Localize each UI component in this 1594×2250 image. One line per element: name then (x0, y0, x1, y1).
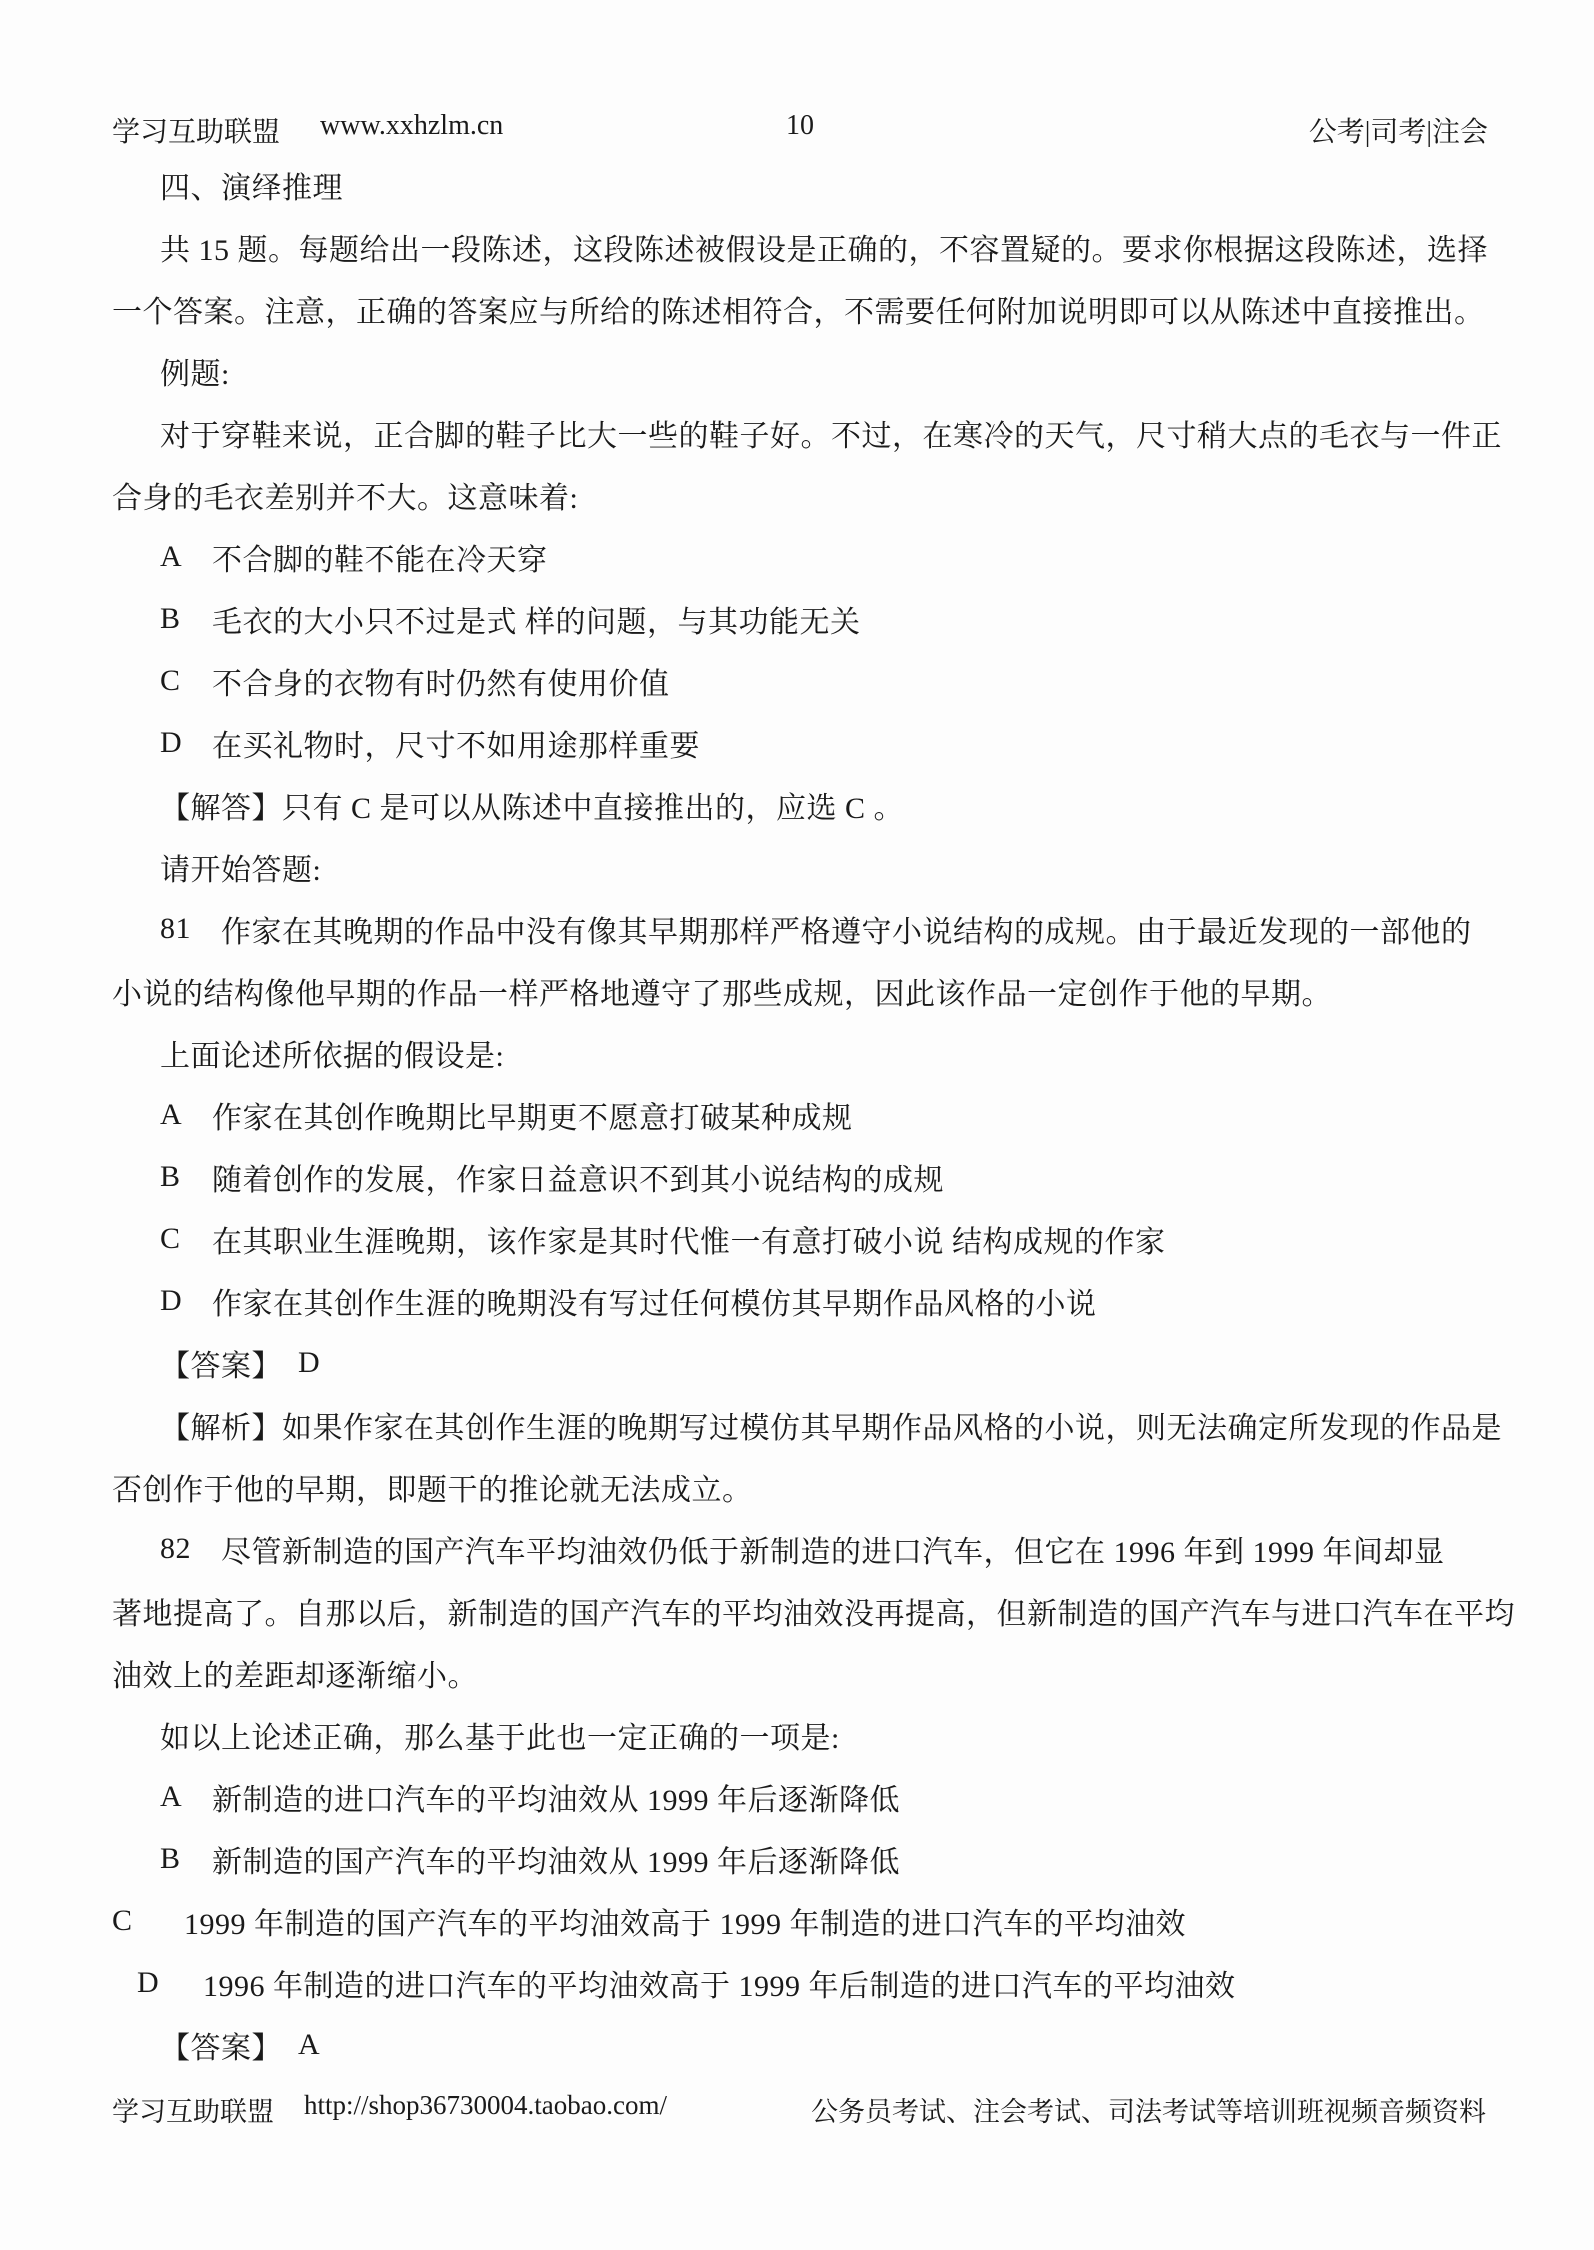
q82-answer: 【答案】 A (112, 2014, 1494, 2076)
option-text: 毛衣的大小只不过是式 样的问题，与其功能无关 (212, 597, 861, 641)
q81-option-a: A 作家在其创作晚期比早期更不愿意打破某种成规 (112, 1084, 1494, 1146)
page-header: 学习互助联盟 www.xxhzlm.cn 10 公考|司考|注会 (112, 110, 1488, 146)
option-text: 不合身的衣物有时仍然有使用价值 (212, 659, 670, 703)
option-letter: C (112, 1904, 138, 1938)
page-footer: 学习互助联盟 http://shop36730004.taobao.com/ 公… (112, 2090, 1486, 2129)
option-letter: D (137, 1966, 163, 2000)
q82-stem-1: 尽管新制造的国产汽车平均油效仍低于新制造的进口汽车，但它在 1996 年到 19… (221, 1527, 1445, 1571)
q81-analysis-2: 否创作于他的早期，即题干的推论就无法成立。 (112, 1456, 1494, 1518)
q82-stem-line-3: 油效上的差距却逐渐缩小。 (112, 1642, 1494, 1704)
document-page: 学习互助联盟 www.xxhzlm.cn 10 公考|司考|注会 四、演绎推理 … (0, 0, 1594, 2250)
q81-option-c: C 在其职业生涯晚期，该作家是其时代惟一有意打破小说 结构成规的作家 (112, 1208, 1494, 1270)
q82-stem-line-2: 著地提高了。自那以后，新制造的国产汽车的平均油效没再提高，但新制造的国产汽车与进… (112, 1580, 1494, 1642)
option-text: 新制造的进口汽车的平均油效从 1999 年后逐渐降低 (212, 1775, 900, 1819)
q82-prompt: 如以上论述正确，那么基于此也一定正确的一项是: (112, 1704, 1494, 1766)
option-text: 在买礼物时，尺寸不如用途那样重要 (212, 721, 700, 765)
header-category: 公考|司考|注会 (1309, 110, 1488, 150)
footer-brand: 学习互助联盟 (112, 2090, 274, 2129)
option-letter: D (160, 1284, 186, 1318)
option-letter: D (160, 726, 186, 760)
option-letter: B (160, 1160, 186, 1194)
q81-stem-1: 作家在其晚期的作品中没有像其早期那样严格遵守小说结构的成规。由于最近发现的一部他… (221, 907, 1472, 951)
q81-answer: 【答案】 D (112, 1332, 1494, 1394)
intro-line-1: 共 15 题。每题给出一段陈述，这段陈述被假设是正确的，不容置疑的。要求你根据这… (112, 216, 1494, 278)
begin-prompt: 请开始答题: (112, 836, 1494, 898)
example-option-a: A 不合脚的鞋不能在冷天穿 (112, 526, 1494, 588)
footer-url: http://shop36730004.taobao.com/ (304, 2090, 667, 2129)
section-title: 四、演绎推理 (112, 154, 1494, 216)
footer-left: 学习互助联盟 http://shop36730004.taobao.com/ (112, 2090, 667, 2129)
option-letter: C (160, 664, 186, 698)
q82-option-c: C 1999 年制造的国产汽车的平均油效高于 1999 年制造的进口汽车的平均油… (112, 1890, 1494, 1952)
q81-option-d: D 作家在其创作生涯的晚期没有写过任何模仿其早期作品风格的小说 (112, 1270, 1494, 1332)
option-text: 作家在其创作生涯的晚期没有写过任何模仿其早期作品风格的小说 (212, 1279, 1097, 1323)
answer-value: D (298, 1346, 320, 1380)
example-option-d: D 在买礼物时，尺寸不如用途那样重要 (112, 712, 1494, 774)
option-text: 在其职业生涯晚期，该作家是其时代惟一有意打破小说 结构成规的作家 (212, 1217, 1166, 1261)
option-text: 1999 年制造的国产汽车的平均油效高于 1999 年制造的进口汽车的平均油效 (184, 1899, 1186, 1943)
document-body: 四、演绎推理 共 15 题。每题给出一段陈述，这段陈述被假设是正确的，不容置疑的… (112, 154, 1494, 2076)
intro-line-2: 一个答案。注意，正确的答案应与所给的陈述相符合，不需要任何附加说明即可以从陈述中… (112, 278, 1494, 340)
example-option-b: B 毛衣的大小只不过是式 样的问题，与其功能无关 (112, 588, 1494, 650)
option-text: 随着创作的发展，作家日益意识不到其小说结构的成规 (212, 1155, 944, 1199)
q82-option-b: B 新制造的国产汽车的平均油效从 1999 年后逐渐降低 (112, 1828, 1494, 1890)
q81-prompt: 上面论述所依据的假设是: (112, 1022, 1494, 1084)
option-letter: A (160, 1780, 186, 1814)
page-number: 10 (112, 110, 1488, 142)
example-stem-2: 合身的毛衣差别并不大。这意味着: (112, 464, 1494, 526)
option-text: 作家在其创作晚期比早期更不愿意打破某种成规 (212, 1093, 853, 1137)
option-text: 新制造的国产汽车的平均油效从 1999 年后逐渐降低 (212, 1837, 900, 1881)
example-label: 例题: (112, 340, 1494, 402)
option-letter: B (160, 1842, 186, 1876)
q82-option-d: D 1996 年制造的进口汽车的平均油效高于 1999 年后制造的进口汽车的平均… (112, 1952, 1494, 2014)
q82-option-a: A 新制造的进口汽车的平均油效从 1999 年后逐渐降低 (112, 1766, 1494, 1828)
option-letter: C (160, 1222, 186, 1256)
q81-analysis-1: 【解析】如果作家在其创作生涯的晚期写过模仿其早期作品风格的小说，则无法确定所发现… (112, 1394, 1494, 1456)
example-stem-1: 对于穿鞋来说，正合脚的鞋子比大一些的鞋子好。不过，在寒冷的天气，尺寸稍大点的毛衣… (112, 402, 1494, 464)
option-letter: B (160, 602, 186, 636)
q81-stem-line-2: 小说的结构像他早期的作品一样严格地遵守了那些成规，因此该作品一定创作于他的早期。 (112, 960, 1494, 1022)
option-letter: A (160, 540, 186, 574)
example-option-c: C 不合身的衣物有时仍然有使用价值 (112, 650, 1494, 712)
q81-option-b: B 随着创作的发展，作家日益意识不到其小说结构的成规 (112, 1146, 1494, 1208)
q81-number: 81 (160, 912, 191, 946)
answer-label: 【答案】 (160, 2023, 282, 2067)
option-letter: A (160, 1098, 186, 1132)
example-solution: 【解答】只有 C 是可以从陈述中直接推出的，应选 C 。 (112, 774, 1494, 836)
footer-description: 公务员考试、注会考试、司法考试等培训班视频音频资料 (811, 2090, 1486, 2129)
answer-label: 【答案】 (160, 1341, 282, 1385)
q82-stem-line-1: 82 尽管新制造的国产汽车平均油效仍低于新制造的进口汽车，但它在 1996 年到… (112, 1518, 1494, 1580)
answer-value: A (298, 2028, 320, 2062)
q82-number: 82 (160, 1532, 191, 1566)
q81-stem-line-1: 81 作家在其晚期的作品中没有像其早期那样严格遵守小说结构的成规。由于最近发现的… (112, 898, 1494, 960)
option-text: 1996 年制造的进口汽车的平均油效高于 1999 年后制造的进口汽车的平均油效 (203, 1961, 1236, 2005)
option-text: 不合脚的鞋不能在冷天穿 (212, 535, 548, 579)
